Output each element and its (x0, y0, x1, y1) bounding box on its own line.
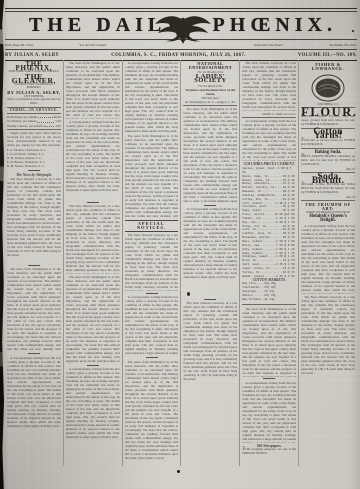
volume-number: VOLUME III.—NO. 109. (298, 53, 357, 58)
masthead: THE DAILY PHŒNIX. Daily Paper $9 a Year.… (5, 8, 357, 61)
newspaper-page: THE DAILY PHŒNIX. Daily Paper $9 a Year.… (0, 0, 360, 489)
proclamation-text: The New Orleans Crescent, in a late arti… (242, 61, 296, 111)
soda-biscuit-text: SUGAR, SODA, BUTTER and MILK BISCUIT, fr… (301, 183, 355, 195)
motto-right: Attend the True Event.” (254, 43, 284, 47)
rule (242, 304, 296, 305)
testimonial-text: A correspondent writing from the low cou… (301, 224, 355, 294)
column-6: FISHER & LOWRANCE. COLUMBIA, S. C. FLOUR… (298, 60, 357, 466)
ink-speck (352, 30, 354, 32)
ad-orphans-line: Orphans and Destitute Poor of the South, (183, 88, 237, 96)
ornament-rule (263, 378, 275, 379)
article-text: The New Orleans Crescent, in a late arti… (7, 177, 61, 263)
dot-leader (44, 124, 55, 127)
ink-speck (177, 470, 180, 473)
dot-leader (38, 115, 53, 118)
rate-label: Weekly Gleaner, per annum (7, 124, 43, 128)
notice-text: The news from Washington is of the usual… (125, 360, 179, 466)
ink-blot (187, 292, 190, 296)
article-text: A correspondent writing from the low cou… (7, 356, 61, 466)
column-area: THE PHŒNIX, PUBLISHED DAILY AND TRI-WEEK… (5, 60, 357, 466)
article-text: The news from Washington is of the usual… (66, 61, 120, 119)
dateline: COLUMBIA, S. C., FRIDAY MORNING, JULY 26… (111, 53, 246, 58)
dateline-row: BY JULIAN A. SELBY COLUMBIA, S. C., FRID… (5, 50, 357, 60)
agent-line: R. M. Stokes, Newberry, S. C. (7, 164, 61, 168)
engraved-oval-emblem-icon (310, 73, 346, 103)
ad-date: May 10 (301, 167, 355, 171)
agents-list: F. G. Thomas, Charleston, S. C. J. A. Cr… (7, 148, 61, 168)
prices-current-list: Apples, green, bush..2 00 @ 3 00 Bacon, … (242, 167, 296, 277)
article-text: A correspondent writing from the low cou… (125, 61, 179, 133)
ornament-rule (87, 202, 99, 203)
cotton-markets-table: New York.....24½ 25¼ Charleston...23½ 24… (242, 282, 296, 303)
column-4: NATIONAL ENTERTAINMENT For the Benefit o… (180, 60, 239, 466)
article-text: A correspondent writing from the low cou… (242, 381, 296, 443)
rate-price: 3 00 (55, 124, 61, 128)
ad-date: May 24 (301, 195, 355, 199)
rule (242, 117, 296, 118)
article-heading: The News by Telegraph. (7, 173, 61, 177)
column-3: A correspondent writing from the low cou… (122, 60, 181, 466)
rule (301, 200, 355, 201)
masthead-title-right: PHŒNIX. (213, 14, 337, 37)
ad-washington-line: At Washington, D. C., August 1, '67. (183, 100, 237, 104)
rate-row: Weekly Gleaner, per annum3 00 (7, 124, 61, 128)
special-notices-heading: SPECIAL NOTICES. (125, 220, 179, 232)
article-text: The New Orleans Crescent, in a late arti… (66, 204, 120, 274)
terms-note: Single copies five cents. Subscriptions … (7, 131, 61, 147)
eagle-emblem-icon (153, 13, 213, 47)
flour-ad-text: EXTRA FAMILY FLOUR, fresh and sweet, gro… (301, 115, 355, 127)
ad-entertainment-title: NATIONAL ENTERTAINMENT (183, 62, 237, 70)
ad-ladies-society: LADIES' SOCIETY (183, 75, 237, 83)
ornament-rule (204, 205, 216, 206)
old-newspapers-line: FOR wrapping purposes, for sale at the P… (242, 448, 296, 456)
rule (183, 105, 237, 106)
article-text: The New Orleans Crescent, in a late arti… (183, 301, 237, 466)
notice-text: The New Orleans Crescent, in a late arti… (125, 233, 179, 291)
paper-name-gleaner-sub: ISSUED EVERY WEDNESDAY MORNING, (7, 83, 61, 90)
motto-left: “Let our Just Censure (78, 43, 106, 47)
article-text: A correspondent writing from the low cou… (66, 367, 120, 466)
prices-current-heading: COLUMBIA PRICES CURRENT. (242, 162, 296, 166)
ad-body-text: The news from Washington is of the usual… (183, 107, 237, 203)
article-text: The news from Washington is of the usual… (125, 134, 179, 218)
article-text: The news from Washington is of the usual… (242, 307, 296, 377)
column-5: The New Orleans Crescent, in a late arti… (239, 60, 298, 466)
article-text: The news from Washington is of the usual… (7, 267, 61, 351)
price-left: Daily Paper $9 a Year. (5, 43, 34, 47)
article-text: A correspondent writing from the low cou… (242, 119, 296, 161)
masthead-titleband: THE DAILY PHŒNIX. (5, 12, 357, 39)
torn-left-edge (0, 0, 4, 489)
ornament-rule (146, 293, 158, 294)
ornament-rule (146, 357, 158, 358)
office-address: Office on Richardson street, opposite th… (7, 98, 61, 105)
rule (301, 148, 355, 149)
testimonial-text: The New Orleans Crescent, in a late arti… (301, 295, 355, 425)
ornament-rule (87, 365, 99, 366)
article-text: The news from Washington is of the usual… (66, 275, 120, 363)
queens-delight-heading: Heinitsh's Queen's Delight. (301, 215, 355, 223)
cotton-yarns-text: FOR sale, at factory prices, by FISHER &… (301, 139, 355, 147)
signature-line: JAMES L. ORR, Governor. (242, 112, 296, 116)
price-right: Tri-Weekly $5 a Year. (329, 43, 357, 47)
rule (7, 129, 61, 130)
baking-soda-text: BEST ARROW BRAND, constantly on hand, an… (301, 155, 355, 167)
dot-leader (37, 119, 54, 122)
cotton-markets-heading: COTTON MARKETS. (242, 278, 296, 282)
ornament-rule (28, 170, 40, 171)
fisher-lowrance-heading: FISHER & LOWRANCE. (301, 63, 355, 71)
ornament-rule (28, 265, 40, 266)
column-1: THE PHŒNIX, PUBLISHED DAILY AND TRI-WEEK… (5, 60, 63, 466)
ornament-rule (204, 299, 216, 300)
terms-heading: TERMS—IN ADVANCE. (7, 107, 61, 114)
article-text: A correspondent writing from the low cou… (66, 120, 120, 200)
publisher-line: BY JULIAN A. SELBY (5, 53, 59, 58)
column-2: The news from Washington is of the usual… (63, 60, 122, 466)
ornament-rule (28, 353, 40, 354)
notice-text: A correspondent writing from the low cou… (125, 295, 179, 355)
article-text: A correspondent writing from the low cou… (183, 207, 237, 297)
